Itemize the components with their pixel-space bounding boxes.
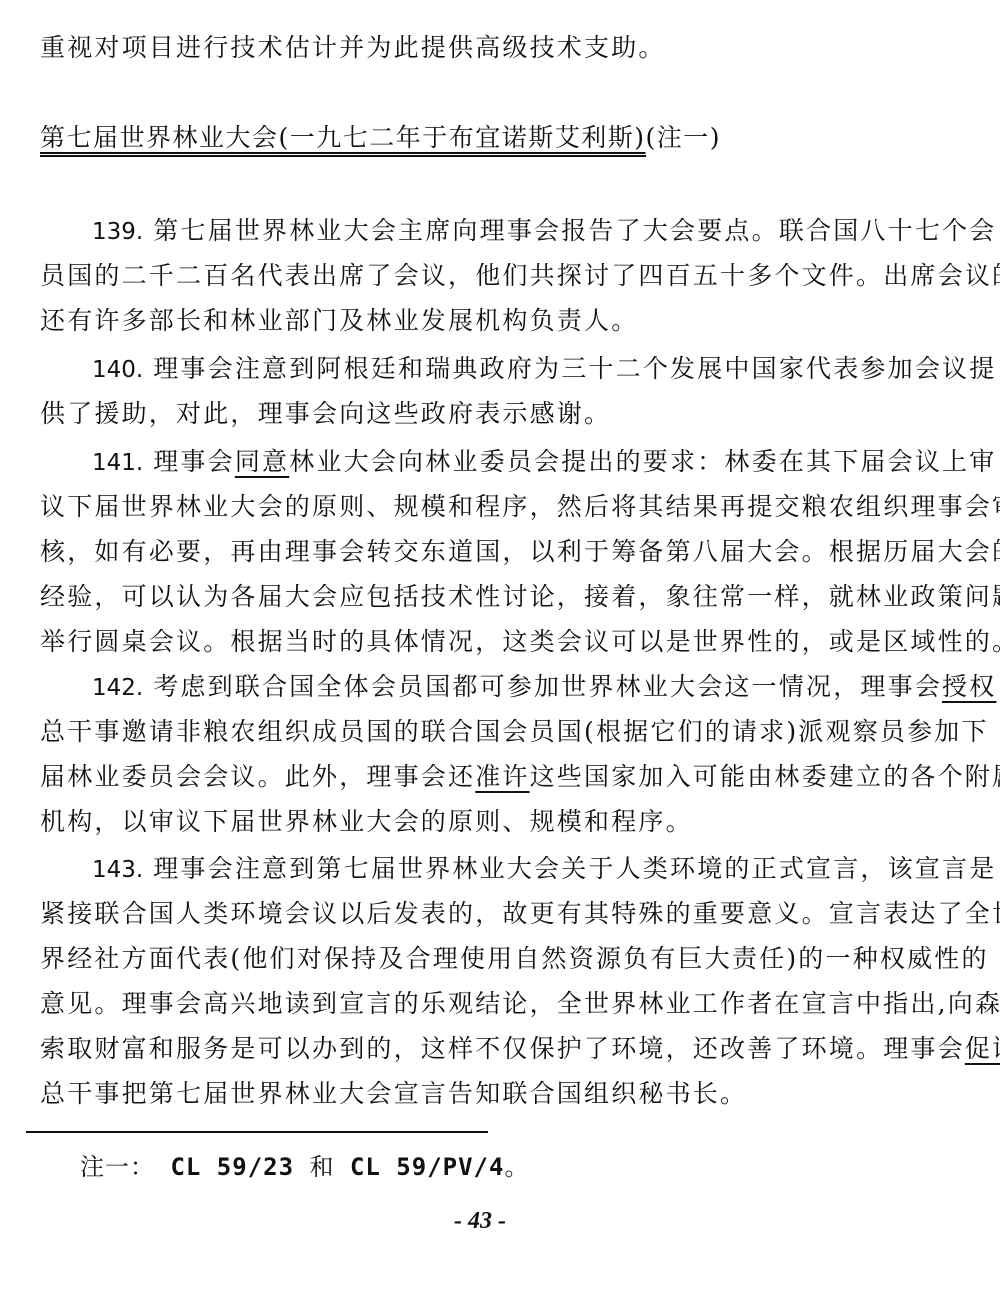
document-page: 重视对项目进行技术估计并为此提供高级技术支助。 第七届世界林业大会(一九七二年于… <box>0 0 1000 1311</box>
heading-title: 第七届世界林业大会(一九七二年于布宜诺斯艾利斯) <box>40 123 646 157</box>
underlined-term: 授权 <box>942 672 996 701</box>
para-143-line-1: 143.理事会注意到第七届世界林业大会关于人类环境的正式宣言，该宣言是 <box>92 852 950 887</box>
para-139-line-3: 还有许多部长和林业部门及林业发展机构负责人。 <box>40 304 950 338</box>
para-140-line-2: 供了援助，对此，理事会向这些政府表示感谢。 <box>40 397 950 431</box>
underlined-term: 同意 <box>235 447 289 476</box>
para-139-line-2: 员国的二千二百名代表出席了会议，他们共探讨了四百五十多个文件。出席会议的 <box>40 259 950 293</box>
para-142-line-4: 机构，以审议下届世界林业大会的原则、规模和程序。 <box>40 805 950 839</box>
para-142-line-2: 总干事邀请非粮农组织成员国的联合国会员国(根据它们的请求)派观察员参加下 <box>40 715 950 749</box>
para-number: 141. <box>92 450 143 476</box>
para-143-line-2: 紧接联合国人类环境会议以后发表的，故更有其特殊的重要意义。宣言表达了全世 <box>40 897 950 931</box>
para-143-line-5: 索取财富和服务是可以办到的，这样不仅保护了环境，还改善了环境。理事会促请 <box>40 1032 950 1066</box>
para-140-line-1: 140.理事会注意到阿根廷和瑞典政府为三十二个发展中国家代表参加会议提 <box>92 352 950 387</box>
para-number: 139. <box>92 219 143 245</box>
para-141-line-3: 核，如有必要，再由理事会转交东道国，以利于筹备第八届大会。根据历届大会的 <box>40 535 950 569</box>
page-number: - 43 - <box>440 1208 520 1235</box>
intro-line: 重视对项目进行技术估计并为此提供高级技术支助。 <box>40 31 950 65</box>
section-heading: 第七届世界林业大会(一九七二年于布宜诺斯艾利斯)(注一) <box>40 121 721 155</box>
para-141-line-2: 议下届世界林业大会的原则、规模和程序，然后将其结果再提交粮农组织理事会审 <box>40 490 950 524</box>
para-139-line-1: 139.第七届世界林业大会主席向理事会报告了大会要点。联合国八十七个会 <box>92 214 950 249</box>
para-number: 143. <box>92 857 143 883</box>
para-141-line-1: 141.理事会同意林业大会向林业委员会提出的要求：林委在其下届会议上审 <box>92 445 950 480</box>
heading-note-ref: (注一) <box>646 123 722 152</box>
footnote-conj: 和 <box>310 1153 335 1181</box>
footnote-label: 注一： <box>80 1153 155 1181</box>
para-141-line-5: 举行圆桌会议。根据当时的具体情况，这类会议可以是世界性的，或是区域性的。 <box>40 625 950 659</box>
para-143-line-4: 意见。理事会高兴地读到宣言的乐观结论，全世界林业工作者在宣言中指出,向森林 <box>40 987 950 1021</box>
para-142-line-1: 142.考虑到联合国全体会员国都可参加世界林业大会这一情况，理事会授权 <box>92 670 950 705</box>
underlined-term: 促请 <box>965 1034 1000 1063</box>
para-143-line-3: 界经社方面代表(他们对保持及合理使用自然资源负有巨大责任)的一种权威性的 <box>40 942 950 976</box>
para-number: 140. <box>92 357 143 383</box>
footnote-divider <box>26 1131 488 1133</box>
underlined-term: 准许 <box>475 762 529 791</box>
footnote-ref-1: CL 59/23 <box>170 1153 294 1181</box>
para-143-line-6: 总干事把第七届世界林业大会宣言告知联合国组织秘书长。 <box>40 1077 950 1111</box>
para-142-line-3: 届林业委员会会议。此外，理事会还准许这些国家加入可能由林委建立的各个附属 <box>40 760 950 794</box>
para-141-line-4: 经验，可以认为各届大会应包括技术性讨论，接着，象往常一样，就林业政策问题 <box>40 580 950 614</box>
footnote-ref-2: CL 59/PV/4 <box>350 1153 505 1181</box>
footnote: 注一： CL 59/23 和 CL 59/PV/4。 <box>80 1150 529 1184</box>
para-number: 142. <box>92 675 143 701</box>
